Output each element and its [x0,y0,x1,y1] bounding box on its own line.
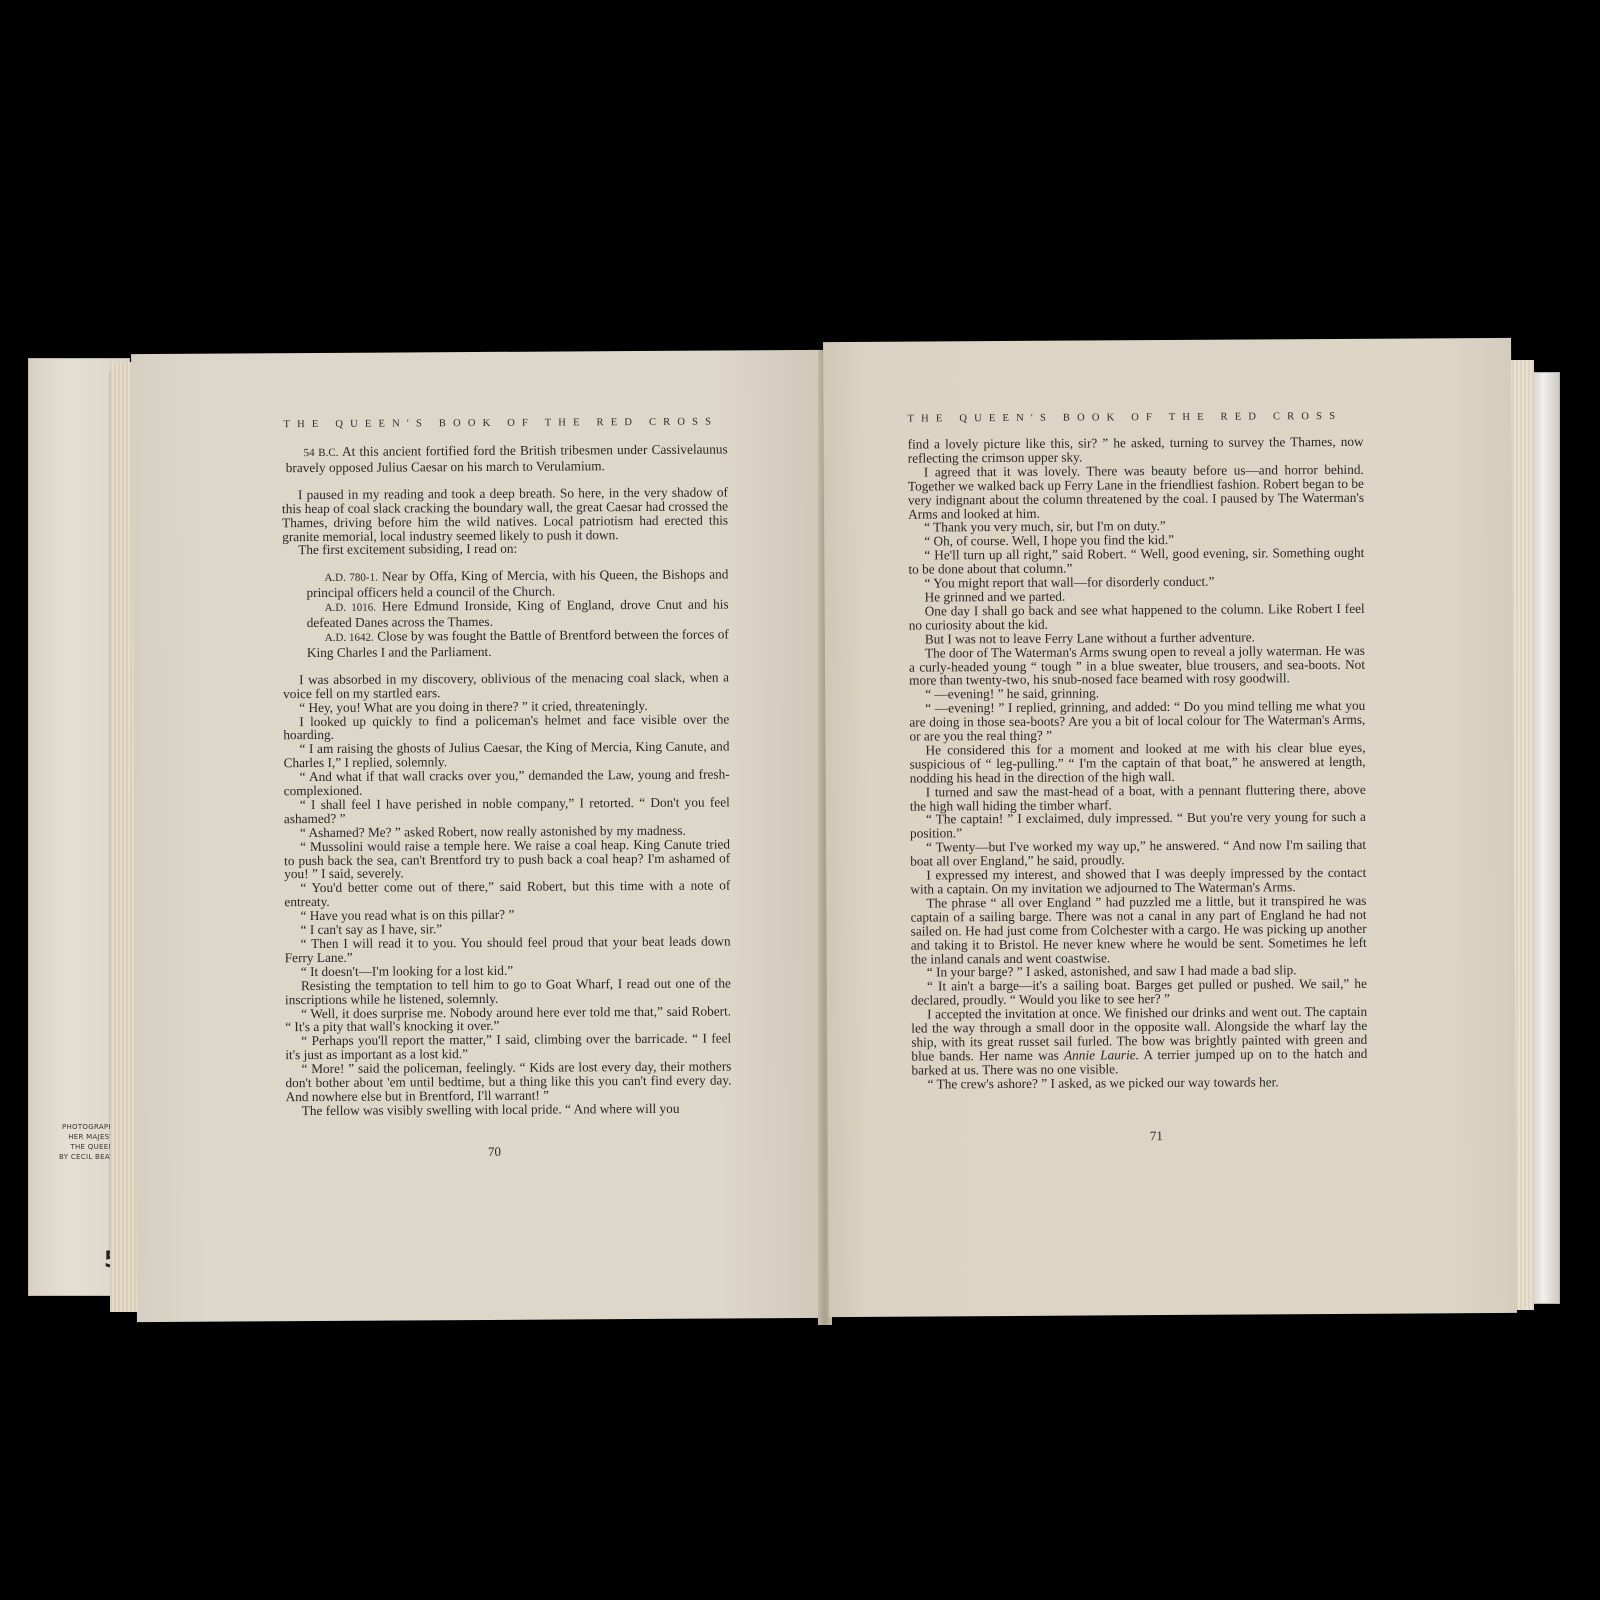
paragraph: “ —evening! ” I replied, grinning, and a… [909,699,1365,744]
paragraph: I paused in my reading and took a deep b… [282,485,728,543]
paragraph: I turned and saw the mast-head of a boat… [910,782,1366,813]
page-number: 71 [1150,1128,1163,1144]
paragraph: I looked up quickly to find a policeman'… [283,712,729,743]
paragraph: “ He'll turn up all right,” said Robert.… [908,546,1364,577]
paragraph: “ You'd better come out of there,” said … [284,879,730,910]
caption-line: THE QUEEN [6,1142,114,1152]
paragraph: “ Perhaps you'll report the matter,” I s… [285,1032,731,1063]
paragraph-continuation: find a lovely picture like this, sir? ” … [908,435,1364,466]
paragraph: I expressed my interest, and showed that… [910,866,1366,897]
paragraph: “ Mussolini would raise a temple here. W… [284,837,730,881]
caption-line: PHOTOGRAPH [6,1122,114,1132]
left-page-body: 54 B.C. At this ancient fortified ford t… [282,442,732,1117]
paragraph: I agreed that it was lovely. There was b… [908,463,1364,521]
paragraph: The fellow was visibly swelling with loc… [286,1101,732,1118]
caption-line: HER MAJEST [6,1132,114,1142]
paragraph: The first excitement subsiding, I read o… [282,541,728,558]
paragraph: The door of The Waterman's Arms swung op… [909,643,1365,688]
paragraph: He considered this for a moment and look… [909,741,1365,786]
paragraph: “ The captain! ” I exclaimed, duly impre… [910,810,1366,841]
paragraph: “ It ain't a barge—it's a sailing boat. … [911,977,1367,1008]
opening-inscription: 54 B.C. At this ancient fortified ford t… [282,442,728,475]
right-page-body: find a lovely picture like this, sir? ” … [908,435,1368,1091]
paragraph: I was absorbed in my discovery, obliviou… [283,670,729,701]
inscription-date: A.D. 1016. [325,602,377,614]
inscription-date: 54 B.C. [304,447,339,459]
paragraph: “ I am raising the ghosts of Julius Caes… [283,740,729,771]
paragraph: The phrase “ all over England ” had puzz… [910,894,1366,966]
paragraph: “ Twenty—but I've worked my way up,” he … [910,838,1366,869]
paragraph: One day I shall go back and see what hap… [909,602,1365,633]
paragraph: “ I shall feel I have perished in noble … [284,795,730,826]
inscription-list: A.D. 780-1. Near by Offa, King of Mercia… [302,568,729,660]
inscription-date: A.D. 1642. [325,632,374,644]
left-page: THE QUEEN'S BOOK OF THE RED CROSS 54 B.C… [131,350,827,1322]
page-number: 70 [488,1144,501,1160]
inscription-text: At this ancient fortified ford the Briti… [286,441,728,475]
paragraph: “ More! ” said the policeman, feelingly.… [285,1060,731,1104]
jacket-photo-caption: PHOTOGRAPH HER MAJEST THE QUEEN BY CECIL… [6,1122,114,1162]
inscription-date: A.D. 780-1. [324,572,377,584]
paragraph: “ Then I will read it to you. You should… [285,934,731,965]
ship-paragraph: I accepted the invitation at once. We fi… [911,1005,1367,1077]
caption-line: BY CECIL BEAT [6,1152,114,1162]
paragraph: “ And what if that wall cracks over you,… [284,768,730,799]
paragraph: “ Well, it does surprise me. Nobody arou… [285,1004,731,1035]
paragraph: Resisting the temptation to tell him to … [285,976,731,1007]
dust-jacket-right-flap [1532,372,1560,1304]
running-head: THE QUEEN'S BOOK OF THE RED CROSS [283,417,718,431]
running-head: THE QUEEN'S BOOK OF THE RED CROSS [907,411,1342,425]
right-page: THE QUEEN'S BOOK OF THE RED CROSS find a… [823,338,1517,1317]
paragraph: “ The crew's ashore? ” I asked, as we pi… [912,1074,1368,1091]
photo-background: PHOTOGRAPH HER MAJEST THE QUEEN BY CECIL… [0,0,1600,1600]
